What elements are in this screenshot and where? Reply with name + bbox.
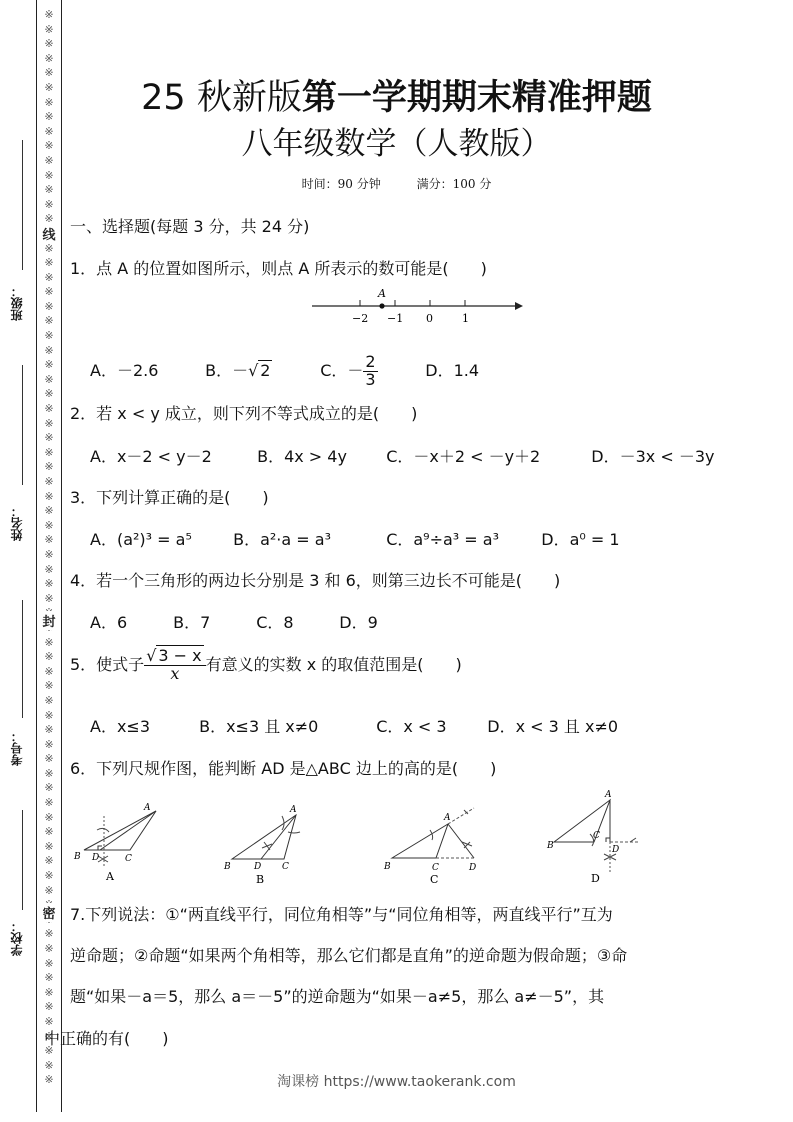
seal-char-secret: 密 (40, 903, 58, 922)
page-subtitle: 八年级数学（人教版） (0, 118, 793, 163)
seal-char-seal: 封 (40, 611, 58, 630)
page-title: 25 秋新版第一学期期末精准押题 (0, 70, 793, 120)
question-3-options: A．(a²)³ = a⁵ B．a²·a = a³ C．a⁹÷a³ = a³ D．… (90, 527, 620, 550)
question-5-options: A．x≤3 B．x≤3 且 x≠0 C．x < 3 D．x < 3 且 x≠0 (90, 714, 618, 737)
option-b[interactable]: B．4x > 4y (257, 444, 381, 467)
figure-d: BCDA D (546, 790, 638, 885)
svg-text:D: D (611, 845, 619, 855)
school-field-label: 学校： (8, 920, 25, 956)
option-b[interactable]: B．x≤3 且 x≠0 (199, 714, 371, 737)
question-4-stem: 4．若一个三角形的两边长分别是 3 和 6，则第三边长不可能是( ) (70, 568, 560, 591)
figure-c: BCDA C (383, 808, 476, 886)
svg-text:C: C (593, 831, 600, 841)
class-field-label: 班级： (8, 285, 25, 321)
question-7-line-3: 题“如果－a＝5，那么 a＝－5”的逆命题为“如果－a≠5，那么 a≠－5”，其 (70, 984, 604, 1007)
svg-text:B: B (223, 862, 231, 872)
point-a-label: A (377, 287, 386, 300)
option-d[interactable]: D．x < 3 且 x≠0 (487, 714, 618, 737)
q5-prefix: 5．使式子 (70, 655, 144, 674)
school-field-line (22, 810, 23, 910)
option-d[interactable]: D．－3x < －3y (591, 444, 714, 467)
svg-text:C: C (430, 873, 438, 886)
seal-char-line: 线 (40, 224, 58, 243)
title-main: 第一学期期末精准押题 (302, 78, 652, 118)
svg-text:D: D (591, 872, 600, 885)
svg-text:−2: −2 (352, 312, 368, 325)
exam-score: 满分：100 分 (417, 177, 492, 191)
option-d[interactable]: D．a⁰ = 1 (541, 527, 619, 550)
footer-watermark: 淘课榜 https://www.taokerank.com (0, 1071, 793, 1091)
exam-number-field-line (22, 600, 23, 718)
figure-a: BDCA A (73, 803, 156, 883)
exam-number-field[interactable]: 考号： (4, 600, 30, 780)
svg-text:D: D (468, 863, 476, 873)
name-field-label: 姓名： (8, 505, 25, 541)
question-1-options: A．－2.6 B．－√2 C．－23 D．1.4 (90, 354, 479, 389)
construction-figures: BDCA A BDCA B BCDA C BCDA D (64, 786, 664, 886)
svg-text:D: D (253, 862, 261, 872)
svg-text:C: C (432, 863, 439, 873)
option-b[interactable]: B．－√2 (205, 358, 315, 381)
svg-text:A: A (105, 870, 115, 883)
option-c[interactable]: C．－23 (320, 354, 420, 389)
question-7-line-2: 逆命题；②命题“如果两个角相等，那么它们都是直角”的逆命题为假命题；③命 (70, 943, 627, 966)
exam-meta: 时间：90 分钟 满分：100 分 (0, 175, 793, 192)
svg-text:0: 0 (426, 312, 433, 325)
title-prefix: 25 秋新版 (141, 78, 302, 118)
question-6-stem: 6．下列尺规作图，能判断 AD 是△ABC 边上的高的是( ) (70, 756, 496, 779)
svg-text:A: A (143, 803, 151, 813)
question-4-options: A．6 B．7 C．8 D．9 (90, 610, 378, 633)
svg-text:A: A (289, 805, 297, 815)
option-d[interactable]: D．9 (339, 610, 378, 633)
figure-b: BDCA B (223, 805, 300, 886)
svg-text:B: B (73, 852, 81, 862)
number-line-figure: A −2 −1 0 1 (310, 286, 525, 326)
svg-text:C: C (125, 854, 132, 864)
option-c[interactable]: C．8 (256, 610, 334, 633)
option-a[interactable]: A．6 (90, 610, 168, 633)
name-field-line (22, 365, 23, 485)
svg-text:1: 1 (462, 312, 469, 325)
name-field[interactable]: 姓名： (4, 365, 30, 605)
school-field[interactable]: 学校： (4, 810, 30, 960)
exam-number-field-label: 考号： (8, 730, 25, 766)
question-2-options: A．x－2 < y－2 B．4x > 4y C．－x＋2 < －y＋2 D．－3… (90, 444, 714, 467)
q5-expression: √3 − xx (144, 648, 205, 683)
option-a[interactable]: A．(a²)³ = a⁵ (90, 527, 228, 550)
question-5-stem: 5．使式子√3 − xx有意义的实数 x 的取值范围是( ) (70, 648, 462, 683)
binding-stars: ※※※※※※※※※※※※※※※※※※※※※※※※※※※※※※※※※※※※※※※※… (39, 8, 59, 1088)
option-b[interactable]: B．a²·a = a³ (233, 527, 381, 550)
question-3-stem: 3．下列计算正确的是( ) (70, 485, 269, 508)
svg-text:B: B (546, 841, 554, 851)
option-a[interactable]: A．－2.6 (90, 358, 200, 381)
svg-text:D: D (91, 853, 99, 863)
option-c[interactable]: C．－x＋2 < －y＋2 (386, 444, 586, 467)
svg-text:C: C (282, 862, 289, 872)
svg-text:B: B (256, 873, 264, 886)
option-a[interactable]: A．x－2 < y－2 (90, 444, 252, 467)
question-7-line-1: 7.下列说法：①“两直线平行，同位角相等”与“同位角相等，两直线平行”互为 (70, 902, 613, 925)
svg-text:−1: −1 (387, 312, 403, 325)
option-b[interactable]: B．7 (173, 610, 251, 633)
question-1-stem: 1．点 A 的位置如图所示，则点 A 所表示的数可能是( ) (70, 256, 487, 279)
option-a[interactable]: A．x≤3 (90, 714, 194, 737)
option-d[interactable]: D．1.4 (425, 358, 479, 381)
q5-suffix: 有意义的实数 x 的取值范围是( ) (206, 655, 462, 674)
svg-text:A: A (604, 790, 612, 800)
svg-text:A: A (443, 813, 451, 823)
option-c[interactable]: C．x < 3 (376, 714, 482, 737)
binding-line-outer (36, 0, 37, 1112)
question-2-stem: 2．若 x < y 成立，则下列不等式成立的是( ) (70, 401, 417, 424)
section-heading: 一、选择题(每题 3 分，共 24 分) (70, 214, 309, 237)
svg-text:B: B (383, 862, 391, 872)
binding-line-inner (61, 0, 62, 1112)
exam-time: 时间：90 分钟 (302, 177, 381, 191)
question-7-line-4: 中正确的有( ) (44, 1026, 169, 1049)
option-c[interactable]: C．a⁹÷a³ = a³ (386, 527, 536, 550)
